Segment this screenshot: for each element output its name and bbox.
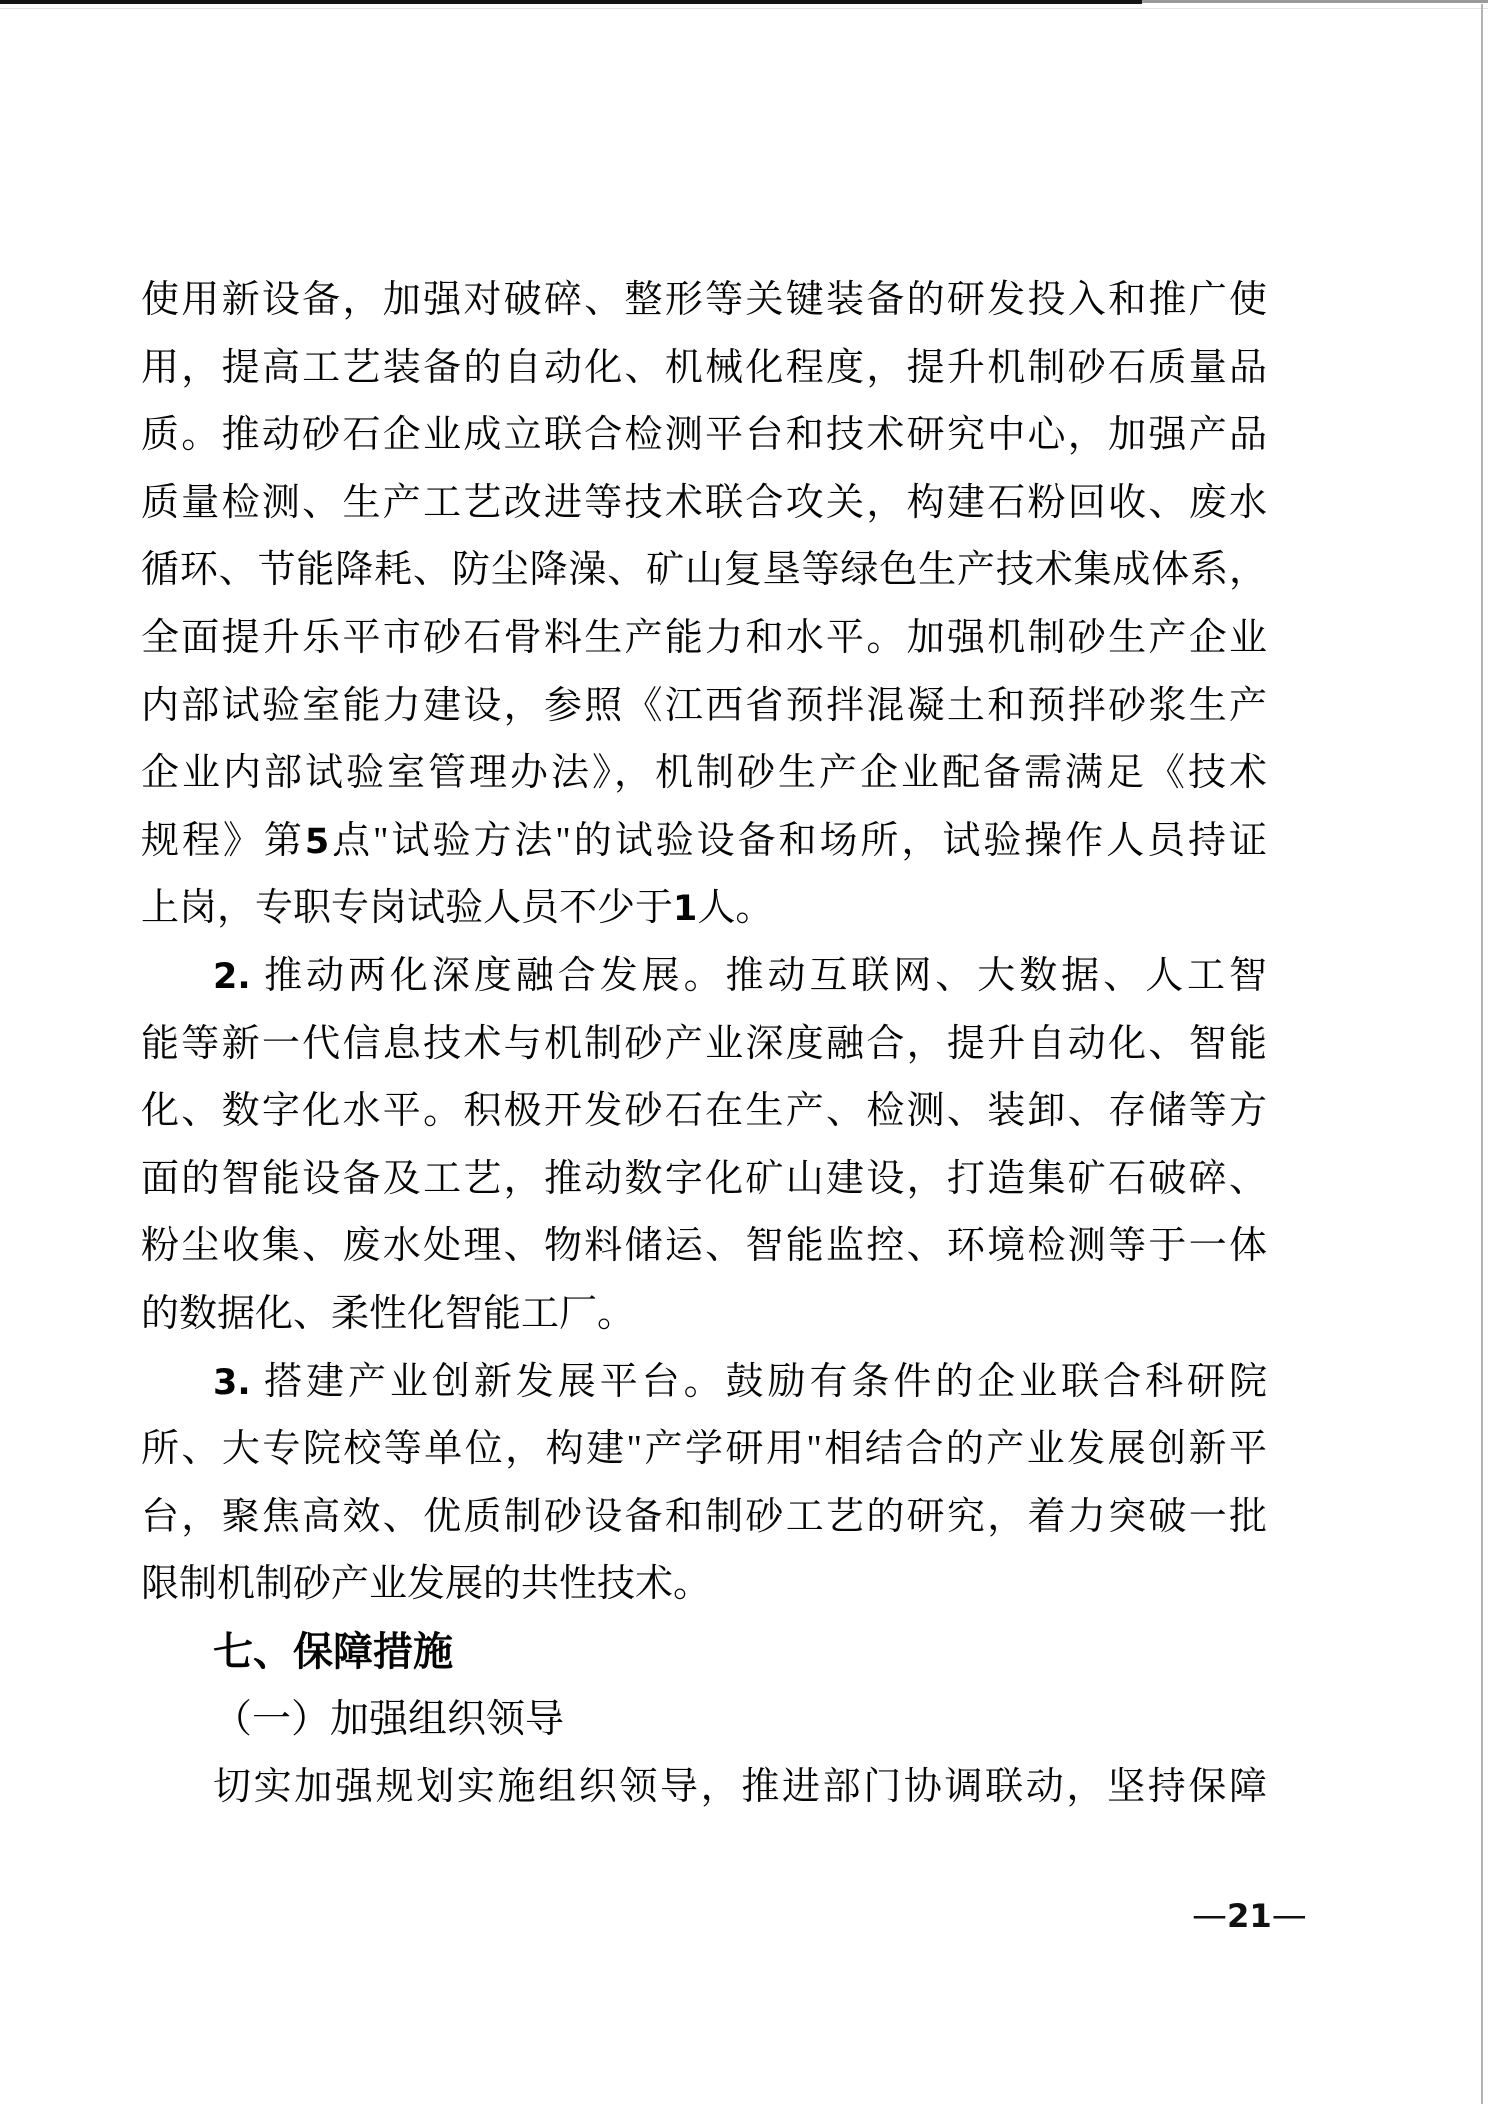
text-line: 2. 推动两化深度融合发展。推动互联网、大数据、人工智 (141, 943, 1267, 1011)
page: 使用新设备，加强对破碎、整形等关键装备的研发投入和推广使 用，提高工艺装备的自动… (0, 0, 1488, 2104)
text-line: 面的智能设备及工艺，推动数字化矿山建设，打造集矿石破碎、 (141, 1146, 1267, 1214)
right-edge-artifact (1481, 4, 1483, 2104)
top-edge-faint-line (0, 8, 1488, 9)
text-line: 所、大专院校等单位，构建"产学研用"相结合的产业发展创新平 (141, 1416, 1267, 1484)
text-line: 全面提升乐平市砂石骨料生产能力和水平。加强机制砂生产企业 (141, 605, 1267, 673)
text-line: 粉尘收集、废水处理、物料储运、智能监控、环境检测等于一体 (141, 1213, 1267, 1281)
top-edge-artifact-dark (0, 0, 1142, 4)
document-text-block: 使用新设备，加强对破碎、整形等关键装备的研发投入和推广使 用，提高工艺装备的自动… (141, 267, 1267, 1822)
text-line: 质量检测、生产工艺改进等技术联合攻关，构建石粉回收、废水 (141, 470, 1267, 538)
text-line: 上岗，专职专岗试验人员不少于1人。 (141, 875, 1267, 943)
text-line: 企业内部试验室管理办法》，机制砂生产企业配备需满足《技术 (141, 740, 1267, 808)
text-line: 化、数字化水平。积极开发砂石在生产、检测、装卸、存储等方 (141, 1078, 1267, 1146)
text-line: 使用新设备，加强对破碎、整形等关键装备的研发投入和推广使 (141, 267, 1267, 335)
text-line: 循环、节能降耗、防尘降澡、矿山复垦等绿色生产技术集成体系， (141, 537, 1267, 605)
section-heading: 七、保障措施 (141, 1619, 1267, 1687)
text-line: 3. 搭建产业创新发展平台。鼓励有条件的企业联合科研院 (141, 1349, 1267, 1417)
text-line: 用，提高工艺装备的自动化、机械化程度，提升机制砂石质量品 (141, 335, 1267, 403)
text-line: 台，聚焦高效、优质制砂设备和制砂工艺的研究，着力突破一批 (141, 1484, 1267, 1552)
subsection-heading: （一）加强组织领导 (141, 1686, 1267, 1754)
text-line: 切实加强规划实施组织领导，推进部门协调联动，坚持保障 (141, 1754, 1267, 1822)
text-line: 质。推动砂石企业成立联合检测平台和技术研究中心，加强产品 (141, 402, 1267, 470)
text-line: 内部试验室能力建设，参照《江西省预拌混凝土和预拌砂浆生产 (141, 673, 1267, 741)
top-edge-artifact-light (1142, 0, 1488, 3)
text-line: 能等新一代信息技术与机制砂产业深度融合，提升自动化、智能 (141, 1011, 1267, 1079)
text-line: 的数据化、柔性化智能工厂。 (141, 1281, 1267, 1349)
text-line: 限制机制砂产业发展的共性技术。 (141, 1551, 1267, 1619)
text-line: 规程》第5点"试验方法"的试验设备和场所，试验操作人员持证 (141, 808, 1267, 876)
page-number: —21— (1192, 1896, 1307, 1936)
